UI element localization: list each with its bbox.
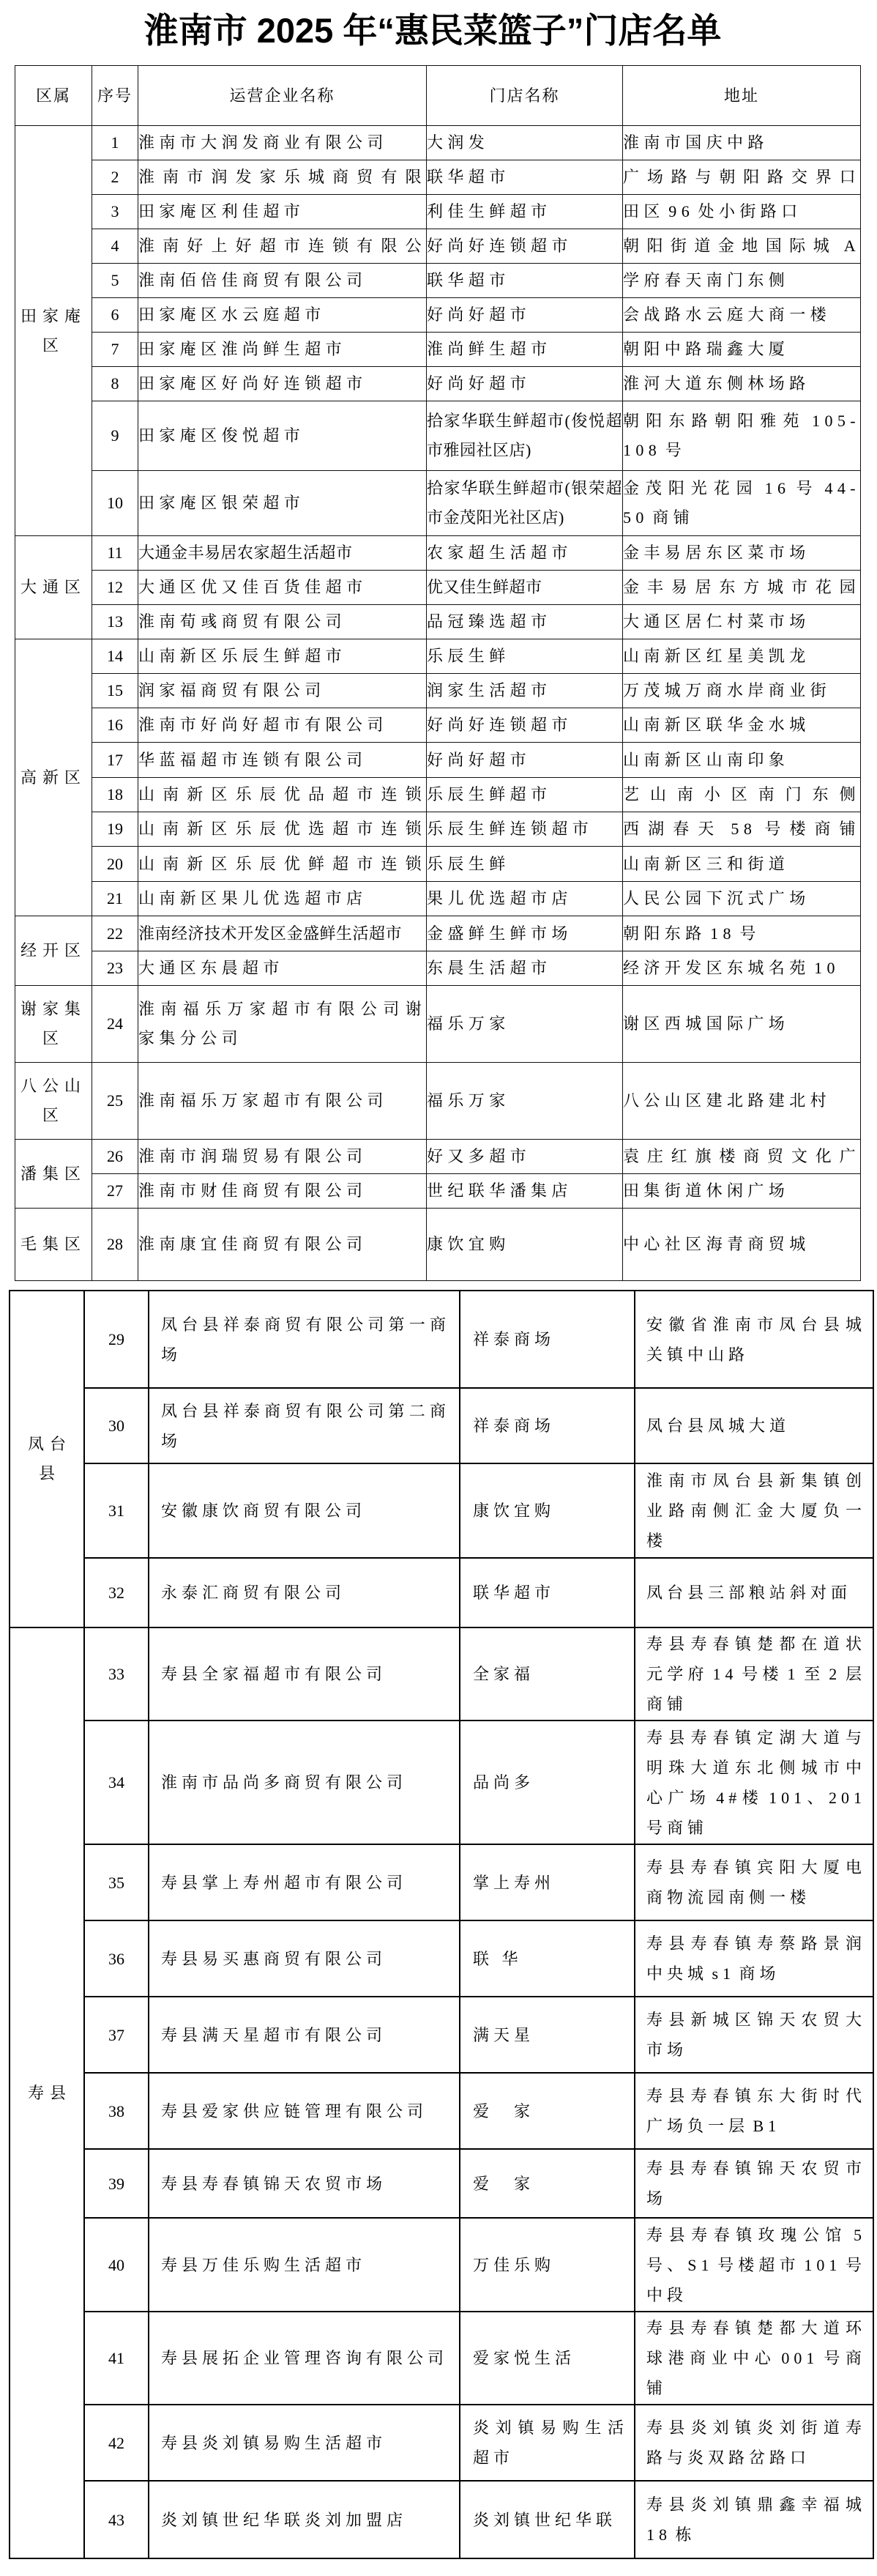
table-row: 15润家福商贸有限公司润家生活超市万茂城万商水岸商业街 [15,674,861,708]
store-name-cell: 祥泰商场 [460,1291,635,1388]
table-row: 32永泰汇商贸有限公司联华超市凤台县三部粮站斜对面 [10,1558,873,1627]
company-name-cell: 淮南佰倍佳商贸有限公司 [138,264,427,298]
table-row: 8田家庵区好尚好连锁超市好尚好超市淮河大道东侧林场路 [15,367,861,401]
seq-no-cell: 32 [84,1558,149,1627]
table-row: 6田家庵区水云庭超市好尚好超市会战路水云庭大商一楼 [15,298,861,333]
seq-no-cell: 26 [92,1140,138,1174]
company-name-cell: 田家庵区水云庭超市 [138,298,427,333]
seq-no-cell: 27 [92,1174,138,1209]
address-cell: 山南新区红星美凯龙 [623,639,861,674]
company-name-cell: 大通金丰易居农家超生活超市 [138,536,427,571]
store-name-cell: 联华超市 [427,264,623,298]
company-name-cell: 淮南福乐万家超市有限公司谢家集分公司 [138,986,427,1063]
store-name-cell: 优又佳生鲜超市 [427,571,623,605]
seq-no-cell: 16 [92,708,138,743]
address-cell: 袁庄红旗楼商贸文化广 [623,1140,861,1174]
table-row: 12大通区优又佳百货佳超市优又佳生鲜超市金丰易居东方城市花园 [15,571,861,605]
region-cell: 谢家集区 [15,986,92,1063]
store-name-cell: 祥泰商场 [460,1388,635,1463]
table-row: 寿县33寿县全家福超市有限公司全家福寿县寿春镇楚都在道状元学府 14 号楼 1 … [10,1627,873,1721]
company-name-cell: 华蓝福超市连锁有限公司 [138,743,427,778]
company-name-cell: 山南新区果儿优选超市店 [138,882,427,916]
seq-no-cell: 1 [92,126,138,160]
store-name-cell: 好尚好连锁超市 [427,229,623,264]
region-cell: 潘集区 [15,1140,92,1209]
store-name-cell: 世纪联华潘集店 [427,1174,623,1209]
store-name-cell: 联 华 [460,1920,635,1997]
company-name-cell: 安徽康饮商贸有限公司 [149,1463,460,1558]
region-cell: 凤台县 [10,1291,84,1627]
company-name-cell: 寿县易买惠商贸有限公司 [149,1920,460,1997]
seq-no-cell: 30 [84,1388,149,1463]
address-cell: 谢区西城国际广场 [623,986,861,1063]
address-cell: 安徽省淮南市凤台县城关镇中山路 [635,1291,873,1388]
address-cell: 中心社区海青商贸城 [623,1209,861,1281]
seq-no-cell: 8 [92,367,138,401]
table-row: 37寿县满天星超市有限公司满天星寿县新城区锦天农贸大市场 [10,1997,873,2073]
seq-no-cell: 36 [84,1920,149,1997]
seq-no-cell: 39 [84,2149,149,2218]
seq-no-cell: 40 [84,2218,149,2312]
company-name-cell: 山南新区乐辰优品超市连锁 [138,778,427,812]
table-row: 大通区11大通金丰易居农家超生活超市农家超生活超市金丰易居东区菜市场 [15,536,861,571]
seq-no-cell: 12 [92,571,138,605]
table-row: 20山南新区乐辰优鲜超市连锁乐辰生鲜山南新区三和街道 [15,847,861,882]
address-cell: 寿县炎刘镇炎刘街道寿路与炎双路岔路口 [635,2405,873,2481]
header-seq-no: 序号 [92,66,138,126]
address-cell: 八公山区建北路建北村 [623,1063,861,1140]
company-name-cell: 寿县万佳乐购生活超市 [149,2218,460,2312]
seq-no-cell: 7 [92,333,138,367]
store-name-cell: 金盛鲜生鲜市场 [427,916,623,951]
table-row: 9田家庵区俊悦超市拾家华联生鲜超市(俊悦超市雅园社区店)朝阳东路朝阳雅苑 105… [15,401,861,471]
table-row: 潘集区26淮南市润瑞贸易有限公司好又多超市袁庄红旗楼商贸文化广 [15,1140,861,1174]
seq-no-cell: 23 [92,951,138,986]
company-name-cell: 田家庵区利佳超市 [138,195,427,229]
store-name-cell: 全家福 [460,1627,635,1721]
store-name-cell: 拾家华联生鲜超市(俊悦超市雅园社区店) [427,401,623,471]
seq-no-cell: 3 [92,195,138,229]
region-cell: 大通区 [15,536,92,639]
seq-no-cell: 37 [84,1997,149,2073]
table-row: 42寿县炎刘镇易购生活超市炎刘镇易购生活超市寿县炎刘镇炎刘街道寿路与炎双路岔路口 [10,2405,873,2481]
store-name-cell: 乐辰生鲜连锁超市 [427,812,623,847]
table-row: 2淮南市润发家乐城商贸有限联华超市广场路与朝阳路交界口 [15,160,861,195]
address-cell: 寿县寿春镇楚都大道环球港商业中心 001 号商铺 [635,2312,873,2405]
store-name-cell: 炎刘镇世纪华联 [460,2481,635,2558]
company-name-cell: 寿县爱家供应链管理有限公司 [149,2073,460,2149]
company-name-cell: 淮南市好尚好超市有限公司 [138,708,427,743]
address-cell: 凤台县三部粮站斜对面 [635,1558,873,1627]
seq-no-cell: 35 [84,1844,149,1920]
address-cell: 田区 96 处小街路口 [623,195,861,229]
table-row: 18山南新区乐辰优品超市连锁乐辰生鲜超市艺山南小区南门东侧 [15,778,861,812]
address-cell: 朝阳东路 18 号 [623,916,861,951]
table-row: 17华蓝福超市连锁有限公司好尚好超市山南新区山南印象 [15,743,861,778]
store-name-cell: 掌上寿州 [460,1844,635,1920]
address-cell: 淮河大道东侧林场路 [623,367,861,401]
address-cell: 广场路与朝阳路交界口 [623,160,861,195]
seq-no-cell: 19 [92,812,138,847]
table-row: 21山南新区果儿优选超市店果儿优选超市店人民公园下沉式广场 [15,882,861,916]
company-name-cell: 田家庵区银荣超市 [138,471,427,536]
address-cell: 山南新区山南印象 [623,743,861,778]
seq-no-cell: 9 [92,401,138,471]
header-store: 门店名称 [427,66,623,126]
company-name-cell: 淮南康宜佳商贸有限公司 [138,1209,427,1281]
header-company: 运营企业名称 [138,66,427,126]
region-cell: 毛集区 [15,1209,92,1281]
address-cell: 寿县炎刘镇鼎鑫幸福城 18 栋 [635,2481,873,2558]
table-row: 16淮南市好尚好超市有限公司好尚好连锁超市山南新区联华金水城 [15,708,861,743]
seq-no-cell: 13 [92,605,138,639]
table-row: 3田家庵区利佳超市利佳生鲜超市田区 96 处小街路口 [15,195,861,229]
store-name-cell: 爱 家 [460,2073,635,2149]
address-cell: 经济开发区东城名苑 10 [623,951,861,986]
seq-no-cell: 38 [84,2073,149,2149]
company-name-cell: 寿县满天星超市有限公司 [149,1997,460,2073]
company-name-cell: 大通区优又佳百货佳超市 [138,571,427,605]
store-name-cell: 品尚多 [460,1721,635,1844]
table-row: 10田家庵区银荣超市拾家华联生鲜超市(银荣超市金茂阳光社区店)金茂阳光花园 16… [15,471,861,536]
table-row: 经开区22淮南经济技术开发区金盛鲜生活超市金盛鲜生鲜市场朝阳东路 18 号 [15,916,861,951]
store-name-cell: 淮尚鲜生超市 [427,333,623,367]
table-row: 35寿县掌上寿州超市有限公司掌上寿州寿县寿春镇宾阳大厦电商物流园南侧一楼 [10,1844,873,1920]
table-body-districts: 田家庵区1淮南市大润发商业有限公司大润发淮南市国庆中路2淮南市润发家乐城商贸有限… [15,126,861,1281]
store-name-cell: 爱 家 [460,2149,635,2218]
region-cell: 高新区 [15,639,92,916]
seq-no-cell: 4 [92,229,138,264]
seq-no-cell: 28 [92,1209,138,1281]
store-name-cell: 好又多超市 [427,1140,623,1174]
company-name-cell: 寿县全家福超市有限公司 [149,1627,460,1721]
company-name-cell: 寿县掌上寿州超市有限公司 [149,1844,460,1920]
seq-no-cell: 20 [92,847,138,882]
store-name-cell: 爱家悦生活 [460,2312,635,2405]
seq-no-cell: 42 [84,2405,149,2481]
seq-no-cell: 33 [84,1627,149,1721]
table-row: 19山南新区乐辰优选超市连锁乐辰生鲜连锁超市西湖春天 58 号楼商铺 [15,812,861,847]
store-name-cell: 拾家华联生鲜超市(银荣超市金茂阳光社区店) [427,471,623,536]
seq-no-cell: 24 [92,986,138,1063]
store-name-cell: 联华超市 [427,160,623,195]
store-name-cell: 东晨生活超市 [427,951,623,986]
table-row: 41寿县展拓企业管理咨询有限公司爱家悦生活寿县寿春镇楚都大道环球港商业中心 00… [10,2312,873,2405]
table-row: 八公山区25淮南福乐万家超市有限公司福乐万家八公山区建北路建北村 [15,1063,861,1140]
address-cell: 朝阳街道金地国际城 A [623,229,861,264]
company-name-cell: 淮南市润发家乐城商贸有限 [138,160,427,195]
table-row: 36寿县易买惠商贸有限公司联 华寿县寿春镇寿蔡路景润中央城 s1 商场 [10,1920,873,1997]
company-name-cell: 炎刘镇世纪华联炎刘加盟店 [149,2481,460,2558]
company-name-cell: 寿县寿春镇锦天农贸市场 [149,2149,460,2218]
store-name-cell: 满天星 [460,1997,635,2073]
address-cell: 金丰易居东方城市花园 [623,571,861,605]
header-row: 区属 序号 运营企业名称 门店名称 地址 [15,66,861,126]
address-cell: 人民公园下沉式广场 [623,882,861,916]
table-row: 38寿县爱家供应链管理有限公司爱 家寿县寿春镇东大街时代广场负一层 B1 [10,2073,873,2149]
address-cell: 凤台县凤城大道 [635,1388,873,1463]
store-name-cell: 乐辰生鲜超市 [427,778,623,812]
seq-no-cell: 11 [92,536,138,571]
seq-no-cell: 22 [92,916,138,951]
company-name-cell: 大通区东晨超市 [138,951,427,986]
address-cell: 寿县寿春镇玫瑰公馆 5 号、S1 号楼超市 101 号中段 [635,2218,873,2312]
table-row: 毛集区28淮南康宜佳商贸有限公司康饮宜购中心社区海青商贸城 [15,1209,861,1281]
address-cell: 田集街道休闲广场 [623,1174,861,1209]
store-name-cell: 乐辰生鲜 [427,847,623,882]
table-row: 23大通区东晨超市东晨生活超市经济开发区东城名苑 10 [15,951,861,986]
table-row: 5淮南佰倍佳商贸有限公司联华超市学府春天南门东侧 [15,264,861,298]
address-cell: 淮南市国庆中路 [623,126,861,160]
seq-no-cell: 2 [92,160,138,195]
table-row: 田家庵区1淮南市大润发商业有限公司大润发淮南市国庆中路 [15,126,861,160]
seq-no-cell: 17 [92,743,138,778]
company-name-cell: 凤台县祥泰商贸有限公司第二商场 [149,1388,460,1463]
address-cell: 会战路水云庭大商一楼 [623,298,861,333]
store-name-cell: 福乐万家 [427,986,623,1063]
company-name-cell: 淮南市财佳商贸有限公司 [138,1174,427,1209]
table-row: 34淮南市品尚多商贸有限公司品尚多寿县寿春镇定湖大道与明珠大道东北侧城市中心广场… [10,1721,873,1844]
company-name-cell: 淮南经济技术开发区金盛鲜生活超市 [138,916,427,951]
address-cell: 金丰易居东区菜市场 [623,536,861,571]
store-name-cell: 联华超市 [460,1558,635,1627]
company-name-cell: 淮南荀彧商贸有限公司 [138,605,427,639]
address-cell: 大通区居仁村菜市场 [623,605,861,639]
table-row: 31安徽康饮商贸有限公司康饮宜购淮南市凤台县新集镇创业路南侧汇金大厦负一楼 [10,1463,873,1558]
table-row: 7田家庵区淮尚鲜生超市淮尚鲜生超市朝阳中路瑞鑫大厦 [15,333,861,367]
address-cell: 朝阳东路朝阳雅苑 105-108 号 [623,401,861,471]
header-region: 区属 [15,66,92,126]
address-cell: 山南新区联华金水城 [623,708,861,743]
seq-no-cell: 6 [92,298,138,333]
company-name-cell: 永泰汇商贸有限公司 [149,1558,460,1627]
seq-no-cell: 34 [84,1721,149,1844]
region-cell: 经开区 [15,916,92,986]
seq-no-cell: 18 [92,778,138,812]
address-cell: 朝阳中路瑞鑫大厦 [623,333,861,367]
address-cell: 寿县寿春镇锦天农贸市场 [635,2149,873,2218]
seq-no-cell: 41 [84,2312,149,2405]
table-row: 高新区14山南新区乐辰生鲜超市乐辰生鲜山南新区红星美凯龙 [15,639,861,674]
company-name-cell: 田家庵区淮尚鲜生超市 [138,333,427,367]
address-cell: 西湖春天 58 号楼商铺 [623,812,861,847]
address-cell: 寿县新城区锦天农贸大市场 [635,1997,873,2073]
table-row: 27淮南市财佳商贸有限公司世纪联华潘集店田集街道休闲广场 [15,1174,861,1209]
store-name-cell: 康饮宜购 [460,1463,635,1558]
address-cell: 万茂城万商水岸商业街 [623,674,861,708]
address-cell: 寿县寿春镇东大街时代广场负一层 B1 [635,2073,873,2149]
company-name-cell: 寿县展拓企业管理咨询有限公司 [149,2312,460,2405]
store-name-cell: 福乐万家 [427,1063,623,1140]
store-name-cell: 果儿优选超市店 [427,882,623,916]
store-name-cell: 好尚好超市 [427,743,623,778]
address-cell: 寿县寿春镇宾阳大厦电商物流园南侧一楼 [635,1844,873,1920]
table-row: 4淮南好上好超市连锁有限公好尚好连锁超市朝阳街道金地国际城 A [15,229,861,264]
store-name-cell: 乐辰生鲜 [427,639,623,674]
company-name-cell: 山南新区乐辰优鲜超市连锁 [138,847,427,882]
seq-no-cell: 15 [92,674,138,708]
table-row: 40寿县万佳乐购生活超市万佳乐购寿县寿春镇玫瑰公馆 5 号、S1 号楼超市 10… [10,2218,873,2312]
company-name-cell: 淮南好上好超市连锁有限公 [138,229,427,264]
table-row: 13淮南荀彧商贸有限公司品冠臻选超市大通区居仁村菜市场 [15,605,861,639]
store-name-cell: 大润发 [427,126,623,160]
table-row: 43炎刘镇世纪华联炎刘加盟店炎刘镇世纪华联寿县炎刘镇鼎鑫幸福城 18 栋 [10,2481,873,2558]
company-name-cell: 淮南市品尚多商贸有限公司 [149,1721,460,1844]
company-name-cell: 田家庵区好尚好连锁超市 [138,367,427,401]
table-row: 凤台县29凤台县祥泰商贸有限公司第一商场祥泰商场安徽省淮南市凤台县城关镇中山路 [10,1291,873,1388]
address-cell: 学府春天南门东侧 [623,264,861,298]
store-name-cell: 品冠臻选超市 [427,605,623,639]
company-name-cell: 寿县炎刘镇易购生活超市 [149,2405,460,2481]
seq-no-cell: 10 [92,471,138,536]
store-name-cell: 万佳乐购 [460,2218,635,2312]
company-name-cell: 淮南市大润发商业有限公司 [138,126,427,160]
company-name-cell: 淮南市润瑞贸易有限公司 [138,1140,427,1174]
company-name-cell: 山南新区乐辰生鲜超市 [138,639,427,674]
store-name-cell: 炎刘镇易购生活超市 [460,2405,635,2481]
header-address: 地址 [623,66,861,126]
seq-no-cell: 29 [84,1291,149,1388]
company-name-cell: 淮南福乐万家超市有限公司 [138,1063,427,1140]
address-cell: 寿县寿春镇定湖大道与明珠大道东北侧城市中心广场 4#楼 101、201 号商铺 [635,1721,873,1844]
address-cell: 艺山南小区南门东侧 [623,778,861,812]
company-name-cell: 山南新区乐辰优选超市连锁 [138,812,427,847]
region-cell: 田家庵区 [15,126,92,536]
region-cell: 寿县 [10,1627,84,2558]
store-name-cell: 好尚好连锁超市 [427,708,623,743]
store-name-cell: 利佳生鲜超市 [427,195,623,229]
company-name-cell: 润家福商贸有限公司 [138,674,427,708]
address-cell: 寿县寿春镇楚都在道状元学府 14 号楼 1 至 2 层商铺 [635,1627,873,1721]
store-name-cell: 好尚好超市 [427,367,623,401]
store-table-districts: 区属 序号 运营企业名称 门店名称 地址 田家庵区1淮南市大润发商业有限公司大润… [15,65,861,1281]
address-cell: 淮南市凤台县新集镇创业路南侧汇金大厦负一楼 [635,1463,873,1558]
address-cell: 寿县寿春镇寿蔡路景润中央城 s1 商场 [635,1920,873,1997]
address-cell: 山南新区三和街道 [623,847,861,882]
address-cell: 金茂阳光花园 16 号 44-50 商铺 [623,471,861,536]
seq-no-cell: 31 [84,1463,149,1558]
store-name-cell: 润家生活超市 [427,674,623,708]
store-name-cell: 好尚好超市 [427,298,623,333]
seq-no-cell: 43 [84,2481,149,2558]
seq-no-cell: 14 [92,639,138,674]
table-body-counties: 凤台县29凤台县祥泰商贸有限公司第一商场祥泰商场安徽省淮南市凤台县城关镇中山路3… [10,1291,873,2558]
seq-no-cell: 25 [92,1063,138,1140]
table-row: 39寿县寿春镇锦天农贸市场爱 家寿县寿春镇锦天农贸市场 [10,2149,873,2218]
company-name-cell: 田家庵区俊悦超市 [138,401,427,471]
page-title: 淮南市 2025 年“惠民菜篮子”门店名单 [0,10,865,51]
seq-no-cell: 21 [92,882,138,916]
table-row: 谢家集区24淮南福乐万家超市有限公司谢家集分公司福乐万家谢区西城国际广场 [15,986,861,1063]
table-row: 30凤台县祥泰商贸有限公司第二商场祥泰商场凤台县凤城大道 [10,1388,873,1463]
store-name-cell: 农家超生活超市 [427,536,623,571]
region-cell: 八公山区 [15,1063,92,1140]
seq-no-cell: 5 [92,264,138,298]
store-name-cell: 康饮宜购 [427,1209,623,1281]
company-name-cell: 凤台县祥泰商贸有限公司第一商场 [149,1291,460,1388]
store-table-counties: 凤台县29凤台县祥泰商贸有限公司第一商场祥泰商场安徽省淮南市凤台县城关镇中山路3… [9,1290,874,2559]
